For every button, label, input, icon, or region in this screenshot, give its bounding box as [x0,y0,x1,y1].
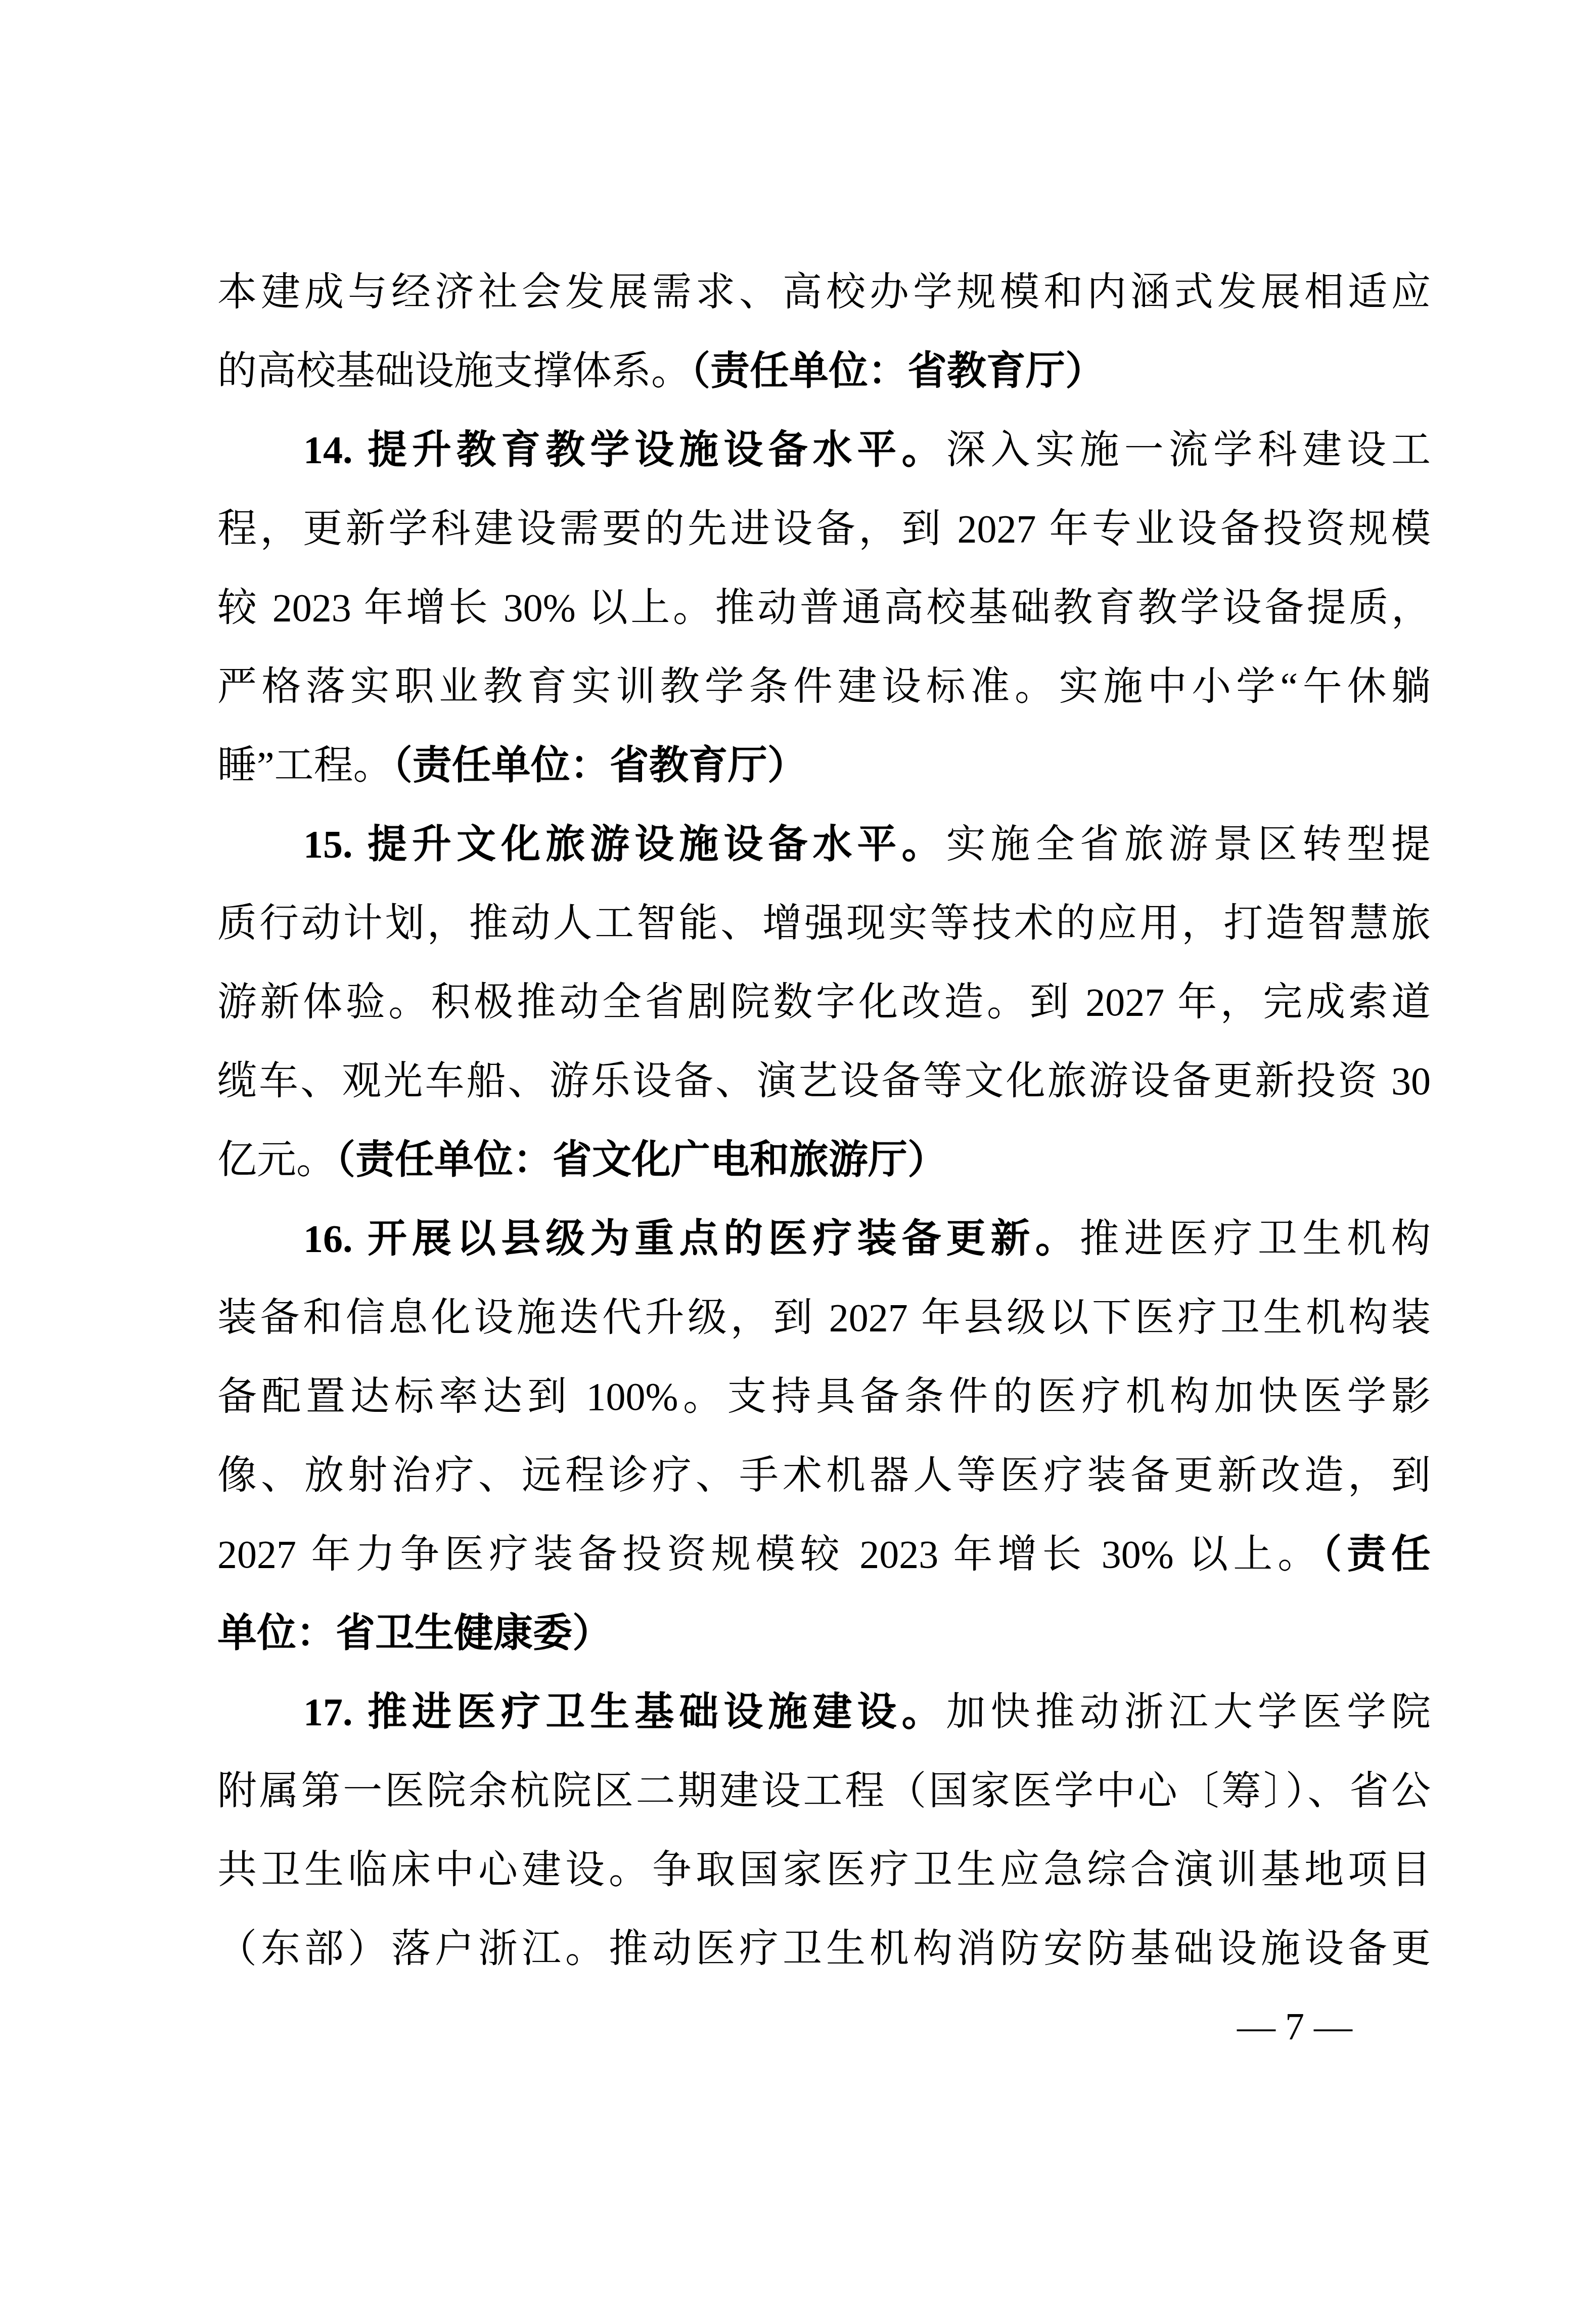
text-run-body: 推进医疗卫生机构 [1080,1217,1431,1261]
page: 本建成与经济社会发展需求、高校办学规模和内涵式发展相适应的高校基础设施支撑体系。… [0,0,1596,2318]
text-run-body: 备配置达标率达到 100%。支持具备条件的医疗机构加快医学影 [217,1374,1431,1418]
text-line: 16. 开展以县级为重点的医疗装备更新。推进医疗卫生机构 [217,1199,1431,1278]
text-line: 像、放射治疗、远程诊疗、手术机器人等医疗装备更新改造，到 [217,1436,1431,1515]
text-line: 14. 提升教育教学设施设备水平。深入实施一流学科建设工 [217,411,1431,489]
text-run-body: 严格落实职业教育实训教学条件建设标准。实施中小学“午休躺 [217,664,1431,708]
text-line: 程，更新学科建设需要的先进设备，到 2027 年专业设备投资规模 [217,489,1431,568]
text-run-body: 实施全省旅游景区转型提 [946,822,1431,866]
text-line: 较 2023 年增长 30% 以上。推动普通高校基础教育教学设备提质， [217,568,1431,647]
text-run-body: 游新体验。积极推动全省剧院数字化改造。到 2027 年，完成索道 [217,980,1431,1024]
text-run-body: 的高校基础设施支撑体系。 [217,349,691,393]
text-line: 亿元。（责任单位：省文化广电和旅游厅） [217,1121,1431,1199]
text-line: 质行动计划，推动人工智能、增强现实等技术的应用，打造智慧旅 [217,884,1431,963]
text-run-hei: 15. 提升文化旅游设施设备水平。 [303,822,946,866]
text-line: 睡”工程。（责任单位：省教育厅） [217,726,1431,805]
text-line: 缆车、观光车船、游乐设备、演艺设备等文化旅游设备更新投资 30 [217,1042,1431,1121]
text-line: 的高校基础设施支撑体系。（责任单位：省教育厅） [217,332,1431,411]
text-run-body: 像、放射治疗、远程诊疗、手术机器人等医疗装备更新改造，到 [217,1453,1431,1497]
text-run-kai: （责任单位：省文化广电和旅游厅） [336,1138,947,1182]
text-line: 单位：省卫生健康委） [217,1594,1431,1673]
text-line: 本建成与经济社会发展需求、高校办学规模和内涵式发展相适应 [217,253,1431,332]
text-line: 游新体验。积极推动全省剧院数字化改造。到 2027 年，完成索道 [217,963,1431,1042]
text-line: 共卫生临床中心建设。争取国家医疗卫生应急综合演训基地项目 [217,1831,1431,1909]
text-line: 严格落实职业教育实训教学条件建设标准。实施中小学“午休躺 [217,647,1431,726]
text-run-body: 共卫生临床中心建设。争取国家医疗卫生应急综合演训基地项目 [217,1848,1431,1892]
text-line: 15. 提升文化旅游设施设备水平。实施全省旅游景区转型提 [217,805,1431,884]
text-run-kai: （责任单位：省教育厅） [691,349,1105,393]
text-run-kai: 单位：省卫生健康委） [217,1611,612,1655]
text-run-body: 睡”工程。 [217,743,393,787]
text-run-body: 2027 年力争医疗装备投资规模较 2023 年增长 30% 以上。 [217,1532,1322,1576]
text-run-body: （东部）落户浙江。推动医疗卫生机构消防安防基础设施设备更 [217,1927,1431,1971]
text-run-body: 附属第一医院余杭院区二期建设工程（国家医学中心〔筹〕）、省公 [217,1769,1431,1813]
text-line: 备配置达标率达到 100%。支持具备条件的医疗机构加快医学影 [217,1357,1431,1436]
text-run-body: 缆车、观光车船、游乐设备、演艺设备等文化旅游设备更新投资 30 [217,1059,1431,1103]
text-run-body: 本建成与经济社会发展需求、高校办学规模和内涵式发展相适应 [217,270,1431,314]
text-run-body: 加快推动浙江大学医学院 [946,1690,1431,1734]
text-run-body: 装备和信息化设施迭代升级，到 2027 年县级以下医疗卫生机构装 [217,1296,1431,1340]
text-run-body: 程，更新学科建设需要的先进设备，到 2027 年专业设备投资规模 [217,507,1431,551]
text-line: （东部）落户浙江。推动医疗卫生机构消防安防基础设施设备更 [217,1909,1431,1988]
text-line: 2027 年力争医疗装备投资规模较 2023 年增长 30% 以上。（责任 [217,1515,1431,1594]
text-run-kai: （责任 [1322,1532,1431,1576]
document-body: 本建成与经济社会发展需求、高校办学规模和内涵式发展相适应的高校基础设施支撑体系。… [217,253,1431,1988]
text-line: 17. 推进医疗卫生基础设施建设。加快推动浙江大学医学院 [217,1673,1431,1752]
text-run-body: 亿元。 [217,1138,336,1182]
text-run-hei: 14. 提升教育教学设施设备水平。 [303,428,946,472]
page-footer: — 7 — [217,1986,1352,2067]
text-run-hei: 16. 开展以县级为重点的医疗装备更新。 [303,1217,1080,1261]
text-run-body: 质行动计划，推动人工智能、增强现实等技术的应用，打造智慧旅 [217,901,1431,945]
text-run-kai: （责任单位：省教育厅） [393,743,807,787]
page-number: — 7 — [1237,2005,1352,2048]
text-run-hei: 17. 推进医疗卫生基础设施建设。 [303,1690,946,1734]
text-line: 装备和信息化设施迭代升级，到 2027 年县级以下医疗卫生机构装 [217,1278,1431,1357]
text-line: 附属第一医院余杭院区二期建设工程（国家医学中心〔筹〕）、省公 [217,1752,1431,1831]
text-run-body: 较 2023 年增长 30% 以上。推动普通高校基础教育教学设备提质， [217,586,1431,630]
text-run-body: 深入实施一流学科建设工 [946,428,1431,472]
